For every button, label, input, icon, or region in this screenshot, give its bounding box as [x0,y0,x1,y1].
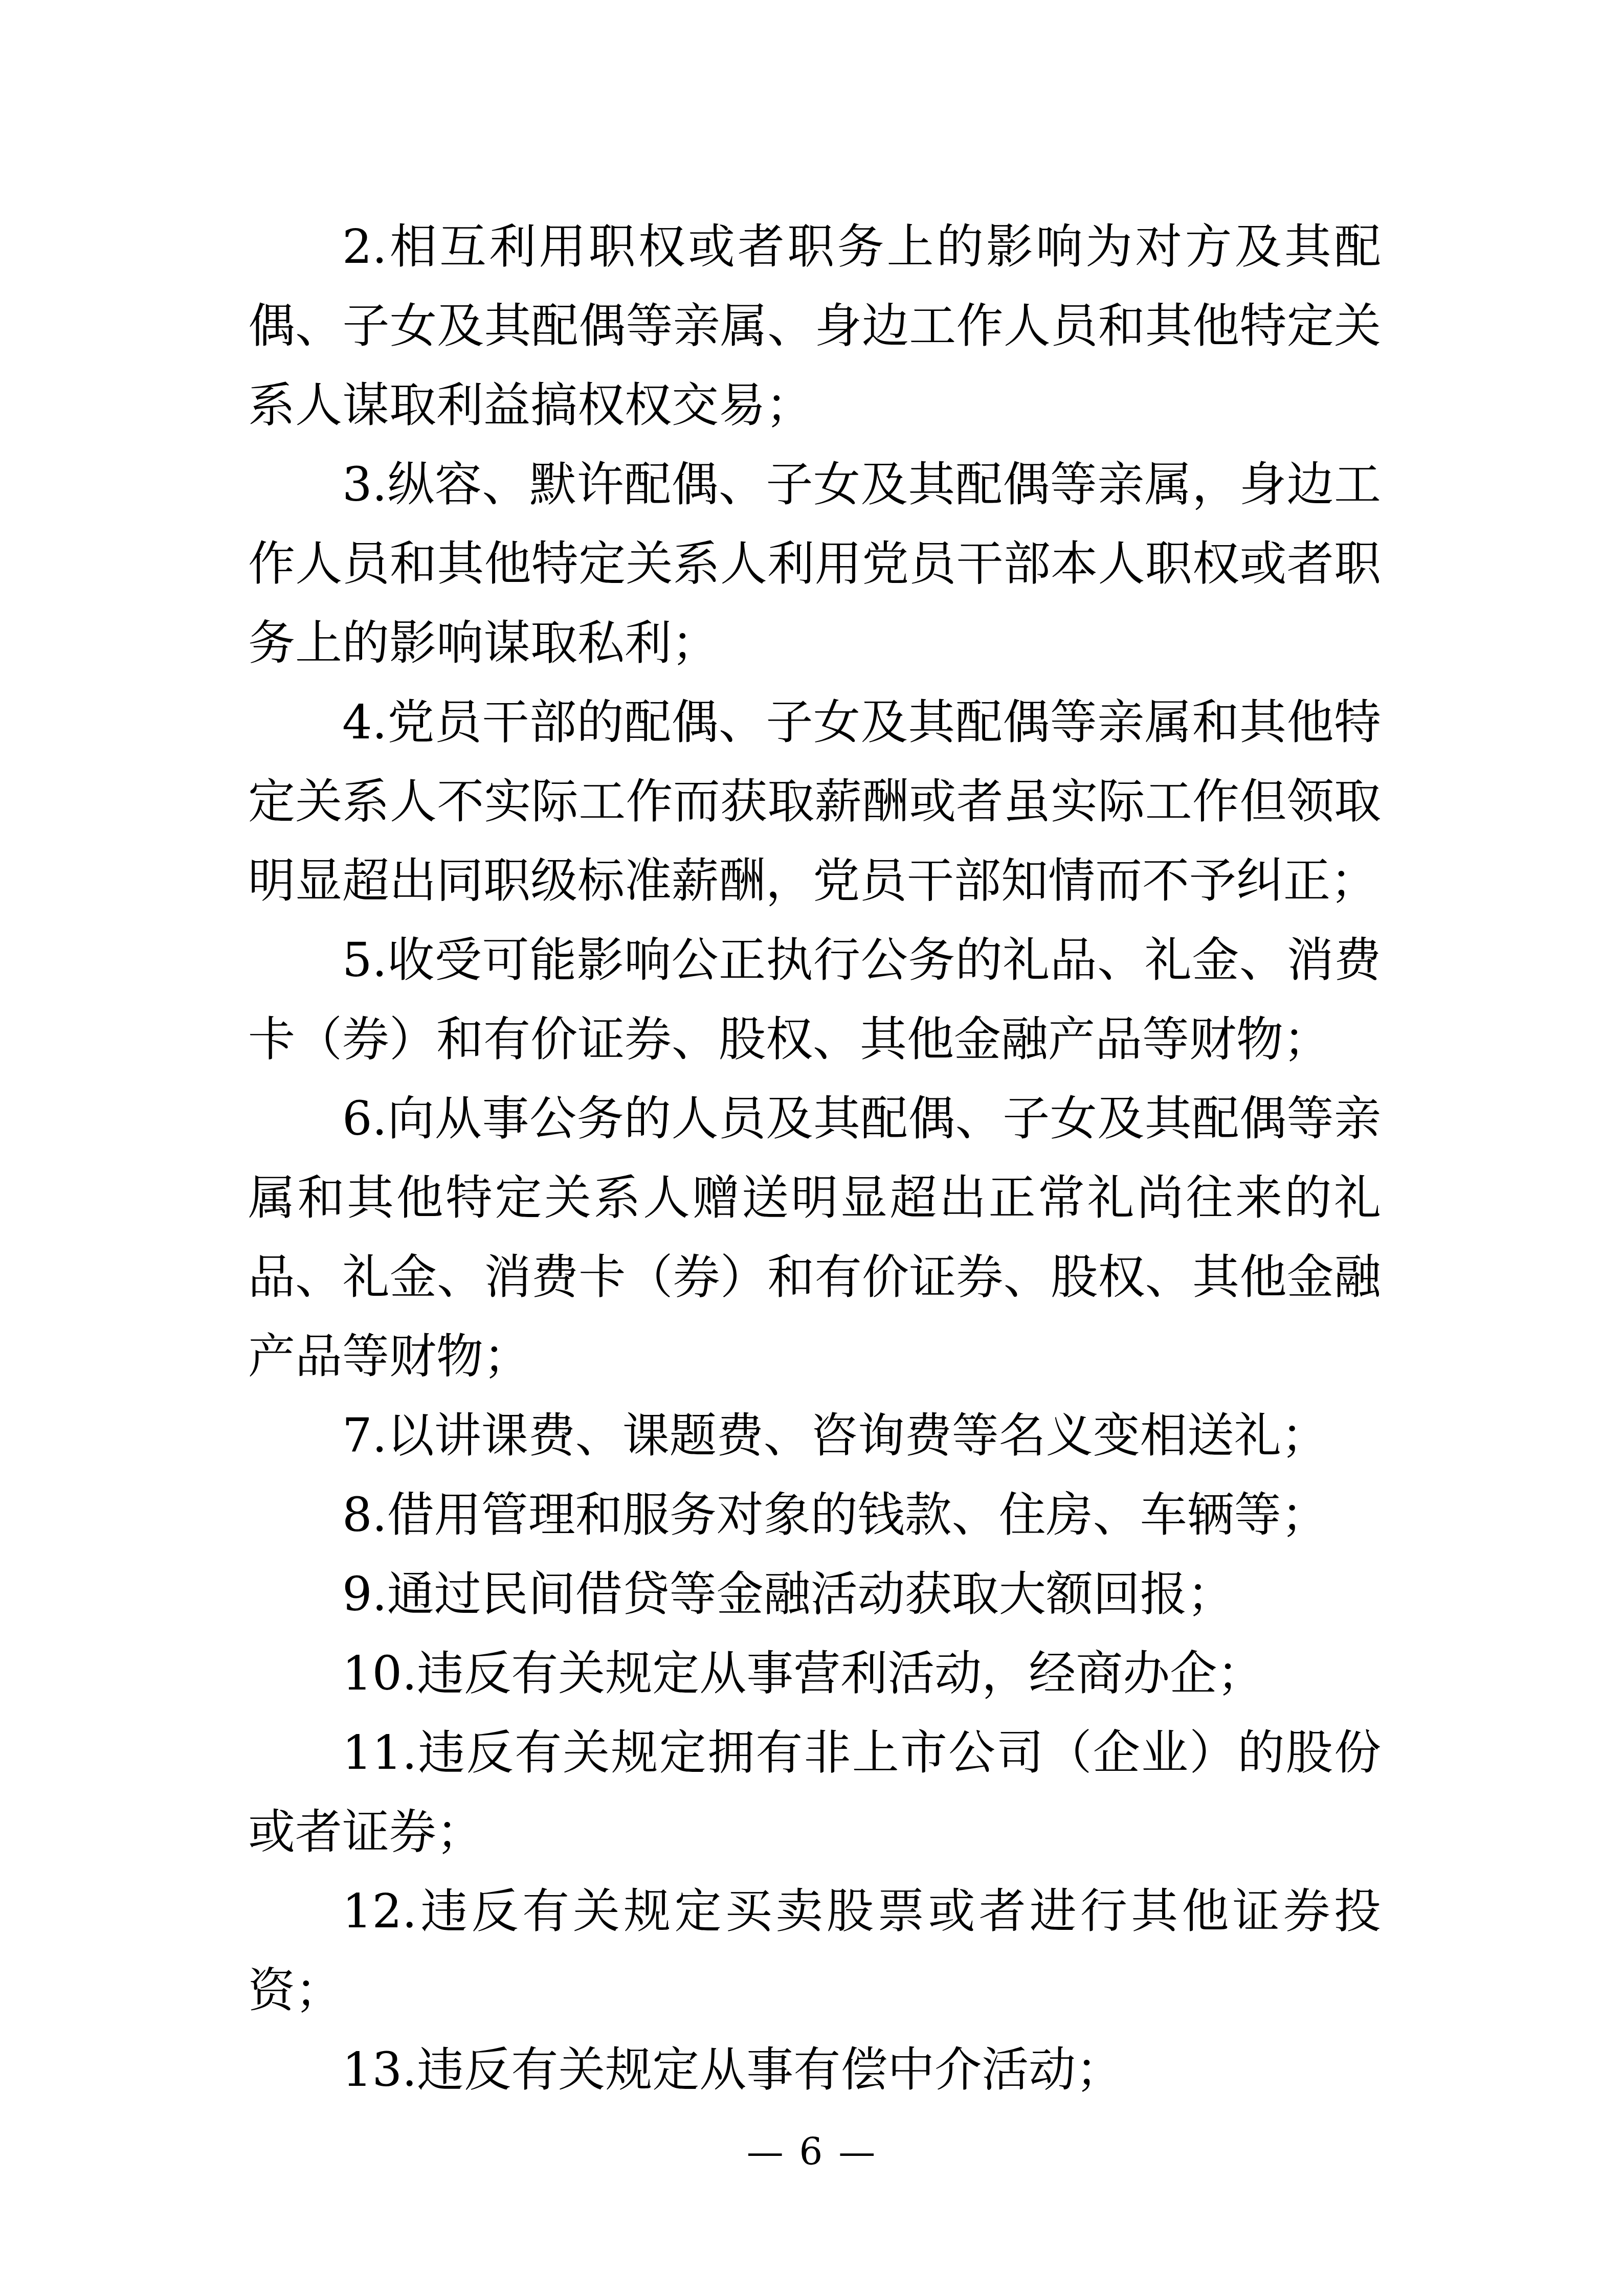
document-page: 2.相互利用职权或者职务上的影响为对方及其配偶、子女及其配偶等亲属、身边工作人员… [0,0,1624,2296]
paragraph-item-7: 7.以讲课费、课题费、咨询费等名义变相送礼； [248,1396,1381,1475]
paragraph-item-11: 11.违反有关规定拥有非上市公司（企业）的股份或者证券； [248,1713,1381,1872]
paragraph-item-10: 10.违反有关规定从事营利活动，经商办企； [248,1634,1381,1713]
document-body: 2.相互利用职权或者职务上的影响为对方及其配偶、子女及其配偶等亲属、身边工作人员… [248,207,1381,2109]
paragraph-item-2: 2.相互利用职权或者职务上的影响为对方及其配偶、子女及其配偶等亲属、身边工作人员… [248,207,1381,445]
paragraph-item-8: 8.借用管理和服务对象的钱款、住房、车辆等； [248,1475,1381,1555]
page-number: — 6 — [0,2131,1624,2172]
paragraph-item-5: 5.收受可能影响公正执行公务的礼品、礼金、消费卡（券）和有价证券、股权、其他金融… [248,920,1381,1079]
paragraph-item-3: 3.纵容、默许配偶、子女及其配偶等亲属，身边工作人员和其他特定关系人利用党员干部… [248,445,1381,683]
paragraph-item-12: 12.违反有关规定买卖股票或者进行其他证券投资； [248,1872,1381,2030]
paragraph-item-4: 4.党员干部的配偶、子女及其配偶等亲属和其他特定关系人不实际工作而获取薪酬或者虽… [248,683,1381,920]
paragraph-item-6: 6.向从事公务的人员及其配偶、子女及其配偶等亲属和其他特定关系人赠送明显超出正常… [248,1079,1381,1396]
paragraph-item-13: 13.违反有关规定从事有偿中介活动； [248,2030,1381,2109]
paragraph-item-9: 9.通过民间借贷等金融活动获取大额回报； [248,1555,1381,1634]
